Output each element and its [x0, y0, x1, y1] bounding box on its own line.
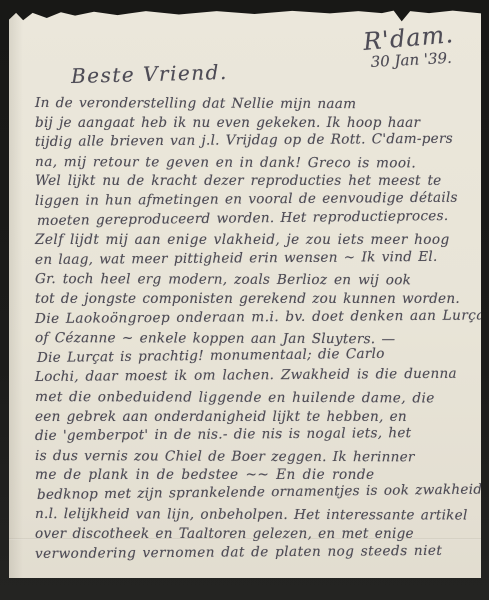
salutation: Beste Vriend. [71, 60, 228, 88]
letter-line: tijdig alle brieven van j.l. Vrijdag op … [35, 130, 471, 153]
dateline: R'dam. 30 Jan '39. [363, 22, 457, 73]
letter-line: Lochi, daar moest ik om lachen. Zwakheid… [35, 365, 471, 388]
letter-line: verwondering vernomen dat de platen nog … [35, 541, 471, 564]
letter-line: na, mij retour te geven en in dank! Grec… [35, 153, 471, 174]
letter-line: is dus vernis zou Chiel de Boer zeggen. … [35, 447, 471, 468]
letter-line: Die Laokoöngroep onderaan m.i. bv. doet … [35, 306, 471, 329]
scan-background: R'dam. 30 Jan '39. Beste Vriend. In de v… [0, 0, 489, 600]
letter-line: die 'gemberpot' in de nis.- die nis is n… [35, 424, 471, 447]
letter-line: bedknop met zijn sprankelende ornamentje… [37, 481, 473, 506]
letter-paper: R'dam. 30 Jan '39. Beste Vriend. In de v… [9, 10, 481, 578]
letter-line: Gr. toch heel erg modern, zoals Berlioz … [35, 270, 471, 291]
letter-line: n.l. lelijkheid van lijn, onbeholpen. He… [35, 505, 471, 526]
letter-line: met die onbeduidend liggende en huilende… [35, 388, 471, 409]
dateline-date: 30 Jan '39. [365, 51, 456, 71]
letter-body: In de veronderstelling dat Nellie mijn n… [35, 94, 471, 564]
letter-line: In de veronderstelling dat Nellie mijn n… [35, 94, 471, 115]
letter-line: en laag, wat meer pittigheid erin wensen… [35, 247, 471, 270]
